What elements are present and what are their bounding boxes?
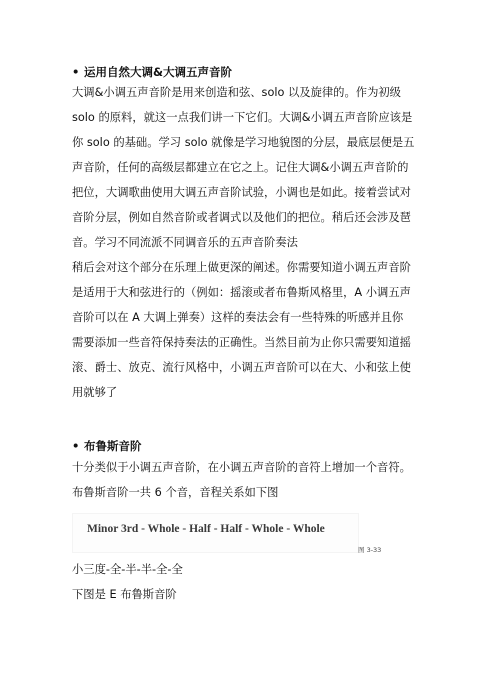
bullet-icon: • [72, 65, 84, 79]
interval-figure-text: Minor 3rd - Whole - Half - Half - Whole … [87, 523, 325, 535]
text-line: 布鲁斯音阶一共 6 个音，音程关系如下图 [72, 483, 422, 508]
text-line: 稍后会对这个部分在乐理上做更深的阐述。你需要知道小调五声音阶 [72, 258, 422, 283]
text-line: 音阶分层，例如自然音阶或者调式以及他们的把位。稍后还会涉及琶 [72, 208, 422, 233]
paragraph-major-pentatonic: 大调&小调五声音阶是用来创造和弦、solo 以及旋律的。作为初级 solo 的原… [72, 83, 422, 408]
text-line: 你 solo 的基础。学习 solo 就像是学习地貌图的分层，最底层便是五 [72, 133, 422, 158]
figure-caption: 图 3-33 [358, 545, 381, 554]
heading-text: 运用自然大调&大调五声音阶 [84, 65, 232, 79]
heading-text: 布鲁斯音阶 [84, 439, 142, 453]
text-line: 音阶可以在 A 大调上弹奏）这样的奏法会有一些特殊的听感并且你 [72, 308, 422, 333]
section-heading-major-pentatonic: •运用自然大调&大调五声音阶 [72, 64, 232, 80]
text-line: 是适用于大和弦进行的（例如：摇滚或者布鲁斯风格里，A 小调五声 [72, 283, 422, 308]
document-page: •运用自然大调&大调五声音阶 大调&小调五声音阶是用来创造和弦、solo 以及旋… [0, 0, 478, 674]
text-line: 小三度-全-半-半-全-全 [72, 560, 422, 585]
interval-figure-image: Minor 3rd - Whole - Half - Half - Whole … [72, 513, 359, 553]
paragraph-blues-intervals: 小三度-全-半-半-全-全 下图是 E 布鲁斯音阶 [72, 560, 422, 610]
text-line: 下图是 E 布鲁斯音阶 [72, 585, 422, 610]
bullet-icon: • [72, 439, 84, 453]
section-heading-blues-scale: •布鲁斯音阶 [72, 438, 142, 454]
text-line: 把位，大调歌曲使用大调五声音阶试验，小调也是如此。接着尝试对 [72, 183, 422, 208]
text-line: 十分类似于小调五声音阶，在小调五声音阶的音符上增加一个音符。 [72, 458, 422, 483]
text-line: 滚、爵士、放克、流行风格中，小调五声音阶可以在大、小和弦上使 [72, 358, 422, 383]
text-line: 声音阶，任何的高级层都建立在它之上。记住大调&小调五声音阶的 [72, 158, 422, 183]
text-line: 用就够了 [72, 383, 422, 408]
text-line: solo 的原料，就这一点我们讲一下它们。大调&小调五声音阶应该是 [72, 108, 422, 133]
text-line: 需要添加一些音符保持奏法的正确性。当然目前为止你只需要知道摇 [72, 333, 422, 358]
paragraph-blues-scale: 十分类似于小调五声音阶，在小调五声音阶的音符上增加一个音符。 布鲁斯音阶一共 6… [72, 458, 422, 508]
text-line: 大调&小调五声音阶是用来创造和弦、solo 以及旋律的。作为初级 [72, 83, 422, 108]
text-line: 音。学习不同流派不同调音乐的五声音阶奏法 [72, 233, 422, 258]
